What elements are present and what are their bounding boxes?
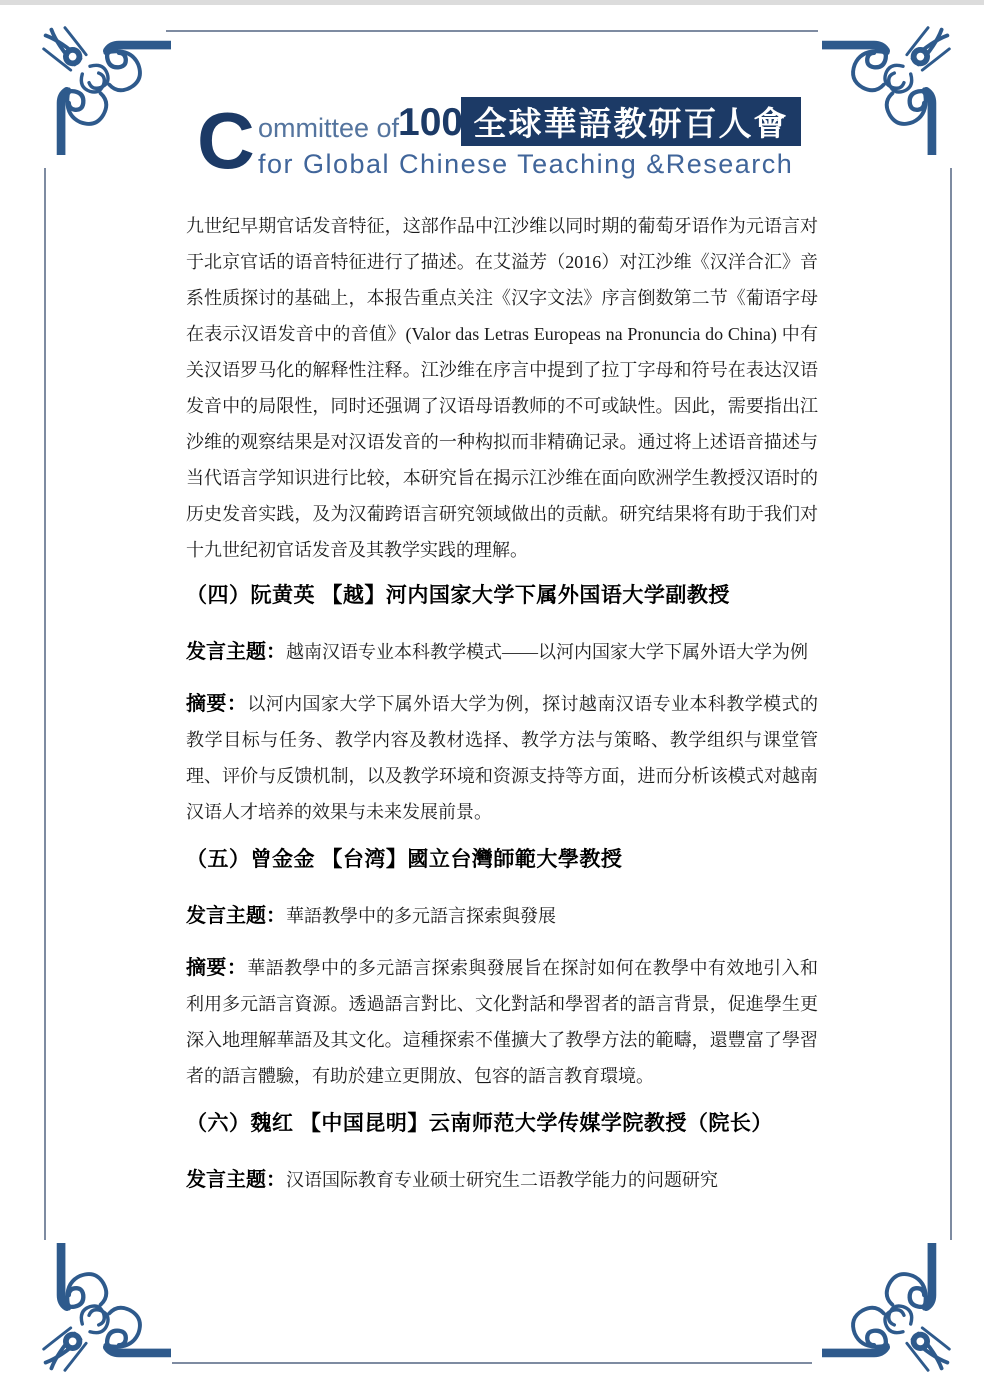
section-heading-6: （六）魏红 【中国昆明】云南师范大学传媒学院教授（院长）	[186, 1106, 818, 1142]
topic-line: 发言主题：華語教學中的多元語言探索與發展	[186, 898, 818, 934]
abstract-paragraph: 摘要：華語教學中的多元語言探索與發展旨在探討如何在教學中有效地引入和利用多元語言…	[186, 950, 818, 1094]
border-line-right	[950, 168, 952, 1240]
border-line-left	[44, 168, 46, 1240]
document-content: 九世纪早期官话发音特征，这部作品中江沙维以同时期的葡萄牙语作为元语言对于北京官话…	[186, 208, 818, 1198]
corner-ornament-icon	[36, 1243, 171, 1378]
logo-subtitle: for Global Chinese Teaching &Research	[258, 149, 793, 180]
section-heading-4: （四）阮黄英 【越】河内国家大学下属外国语大学副教授	[186, 578, 818, 614]
logo-number-100: 100	[398, 101, 463, 145]
topic-label: 发言主题：	[186, 905, 286, 927]
logo-committee-text: ommittee of	[258, 113, 399, 144]
corner-ornament-icon	[822, 1243, 957, 1378]
abstract-text: 以河内国家大学下属外语大学为例，探讨越南汉语专业本科教学模式的教学目标与任务、教…	[186, 694, 818, 822]
topic-line: 发言主题：越南汉语专业本科教学模式——以河内国家大学下属外语大学为例	[186, 634, 818, 670]
abstract-label: 摘要：	[186, 693, 247, 715]
border-line-top	[166, 30, 818, 32]
topic-text: 汉语国际教育专业硕士研究生二语教学能力的问题研究	[286, 1170, 718, 1190]
section-heading-5: （五）曾金金 【台湾】國立台灣師範大學教授	[186, 842, 818, 878]
document-page: C ommittee of 100 全球華語教研百人會 for Global C…	[0, 0, 984, 1392]
corner-ornament-icon	[822, 20, 957, 155]
top-edge-strip	[0, 0, 984, 5]
topic-label: 发言主题：	[186, 641, 286, 663]
abstract-paragraph: 摘要：以河内国家大学下属外语大学为例，探讨越南汉语专业本科教学模式的教学目标与任…	[186, 686, 818, 830]
corner-ornament-icon	[36, 20, 171, 155]
abstract-label: 摘要：	[186, 957, 247, 979]
logo-banner: 全球華語教研百人會	[461, 97, 801, 146]
topic-text: 越南汉语专业本科教学模式——以河内国家大学下属外语大学为例	[286, 642, 808, 662]
intro-paragraph: 九世纪早期官话发音特征，这部作品中江沙维以同时期的葡萄牙语作为元语言对于北京官话…	[186, 208, 818, 568]
topic-label: 发言主题：	[186, 1169, 286, 1191]
abstract-text: 華語教學中的多元語言探索與發展旨在探討如何在教學中有效地引入和利用多元語言資源。…	[186, 958, 818, 1086]
border-line-bottom	[172, 1362, 812, 1364]
topic-line: 发言主题：汉语国际教育专业硕士研究生二语教学能力的问题研究	[186, 1162, 818, 1198]
logo-letter-c: C	[197, 102, 255, 180]
topic-text: 華語教學中的多元語言探索與發展	[286, 906, 556, 926]
